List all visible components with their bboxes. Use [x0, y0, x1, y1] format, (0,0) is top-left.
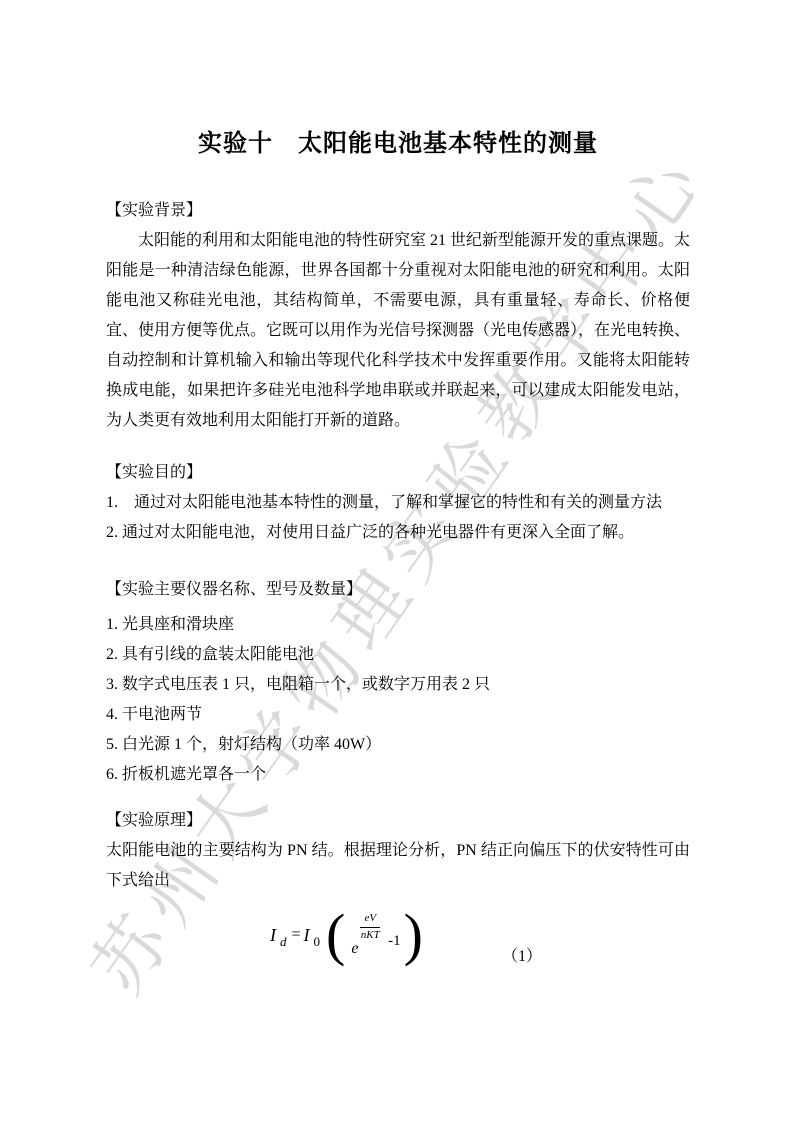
- equation-lhs: I d = I 0: [270, 925, 322, 946]
- page-title: 实验十 太阳能电池基本特性的测量: [106, 0, 690, 159]
- diode-equation: I d = I 0 ( e eV nKT -1 ) （1）: [106, 896, 690, 974]
- background-paragraph: 太阳能的利用和太阳能电池的特性研究室 21 世纪新型能源开发的重点课题。太阳能是…: [106, 226, 690, 436]
- principle-intro: 太阳能电池的主要结构为 PN 结。根据理论分析，PN 结正向偏压下的伏安特性可由…: [106, 836, 690, 896]
- equipment-item-1: 1. 光具座和滑块座: [106, 610, 690, 640]
- document-content: 实验十 太阳能电池基本特性的测量 【实验背景】 太阳能的利用和太阳能电池的特性研…: [0, 0, 794, 974]
- equipment-item-6: 6. 折板机遮光罩各一个: [106, 760, 690, 790]
- equipment-item-3: 3. 数字式电压表 1 只，电阻箱一个，或数字万用表 2 只: [106, 670, 690, 700]
- fraction-numerator: eV: [360, 912, 380, 928]
- exponential-term: e eV nKT: [351, 912, 380, 959]
- exponent-fraction: eV nKT: [360, 912, 380, 943]
- purpose-item-1: 1. 通过对太阳能电池基本特性的测量，了解和掌握它的特性和有关的测量方法: [106, 488, 690, 518]
- document-page: 苏州大学物理实验教学中心 实验十 太阳能电池基本特性的测量 【实验背景】 太阳能…: [0, 0, 794, 1123]
- equals-sign: =: [292, 926, 301, 944]
- fraction-denominator: nKT: [361, 928, 380, 943]
- equation-number: （1）: [502, 943, 542, 966]
- equipment-item-4: 4. 干电池两节: [106, 700, 690, 730]
- open-paren: (: [326, 906, 345, 964]
- equipment-item-2: 2. 具有引线的盒装太阳能电池: [106, 640, 690, 670]
- close-paren: ): [404, 906, 423, 964]
- saturation-current-subscript: 0: [314, 934, 321, 950]
- section-heading-principle: 【实验原理】: [106, 806, 690, 836]
- section-heading-background: 【实验背景】: [106, 196, 690, 226]
- purpose-list: 1. 通过对太阳能电池基本特性的测量，了解和掌握它的特性和有关的测量方法 2. …: [106, 488, 690, 548]
- section-heading-purpose: 【实验目的】: [106, 458, 690, 488]
- purpose-item-2: 2. 通过对太阳能电池，对使用日益广泛的各种光电器件有更深入全面了解。: [106, 518, 690, 548]
- current-subscript: d: [280, 934, 287, 950]
- minus-one: -1: [388, 933, 401, 950]
- equipment-list: 1. 光具座和滑块座 2. 具有引线的盒装太阳能电池 3. 数字式电压表 1 只…: [106, 610, 690, 790]
- euler-e: e: [351, 940, 358, 958]
- saturation-current-symbol: I: [304, 925, 310, 946]
- section-heading-equipment: 【实验主要仪器名称、型号及数量】: [106, 575, 690, 605]
- current-symbol: I: [270, 925, 276, 946]
- equipment-item-5: 5. 白光源 1 个，射灯结构（功率 40W）: [106, 730, 690, 760]
